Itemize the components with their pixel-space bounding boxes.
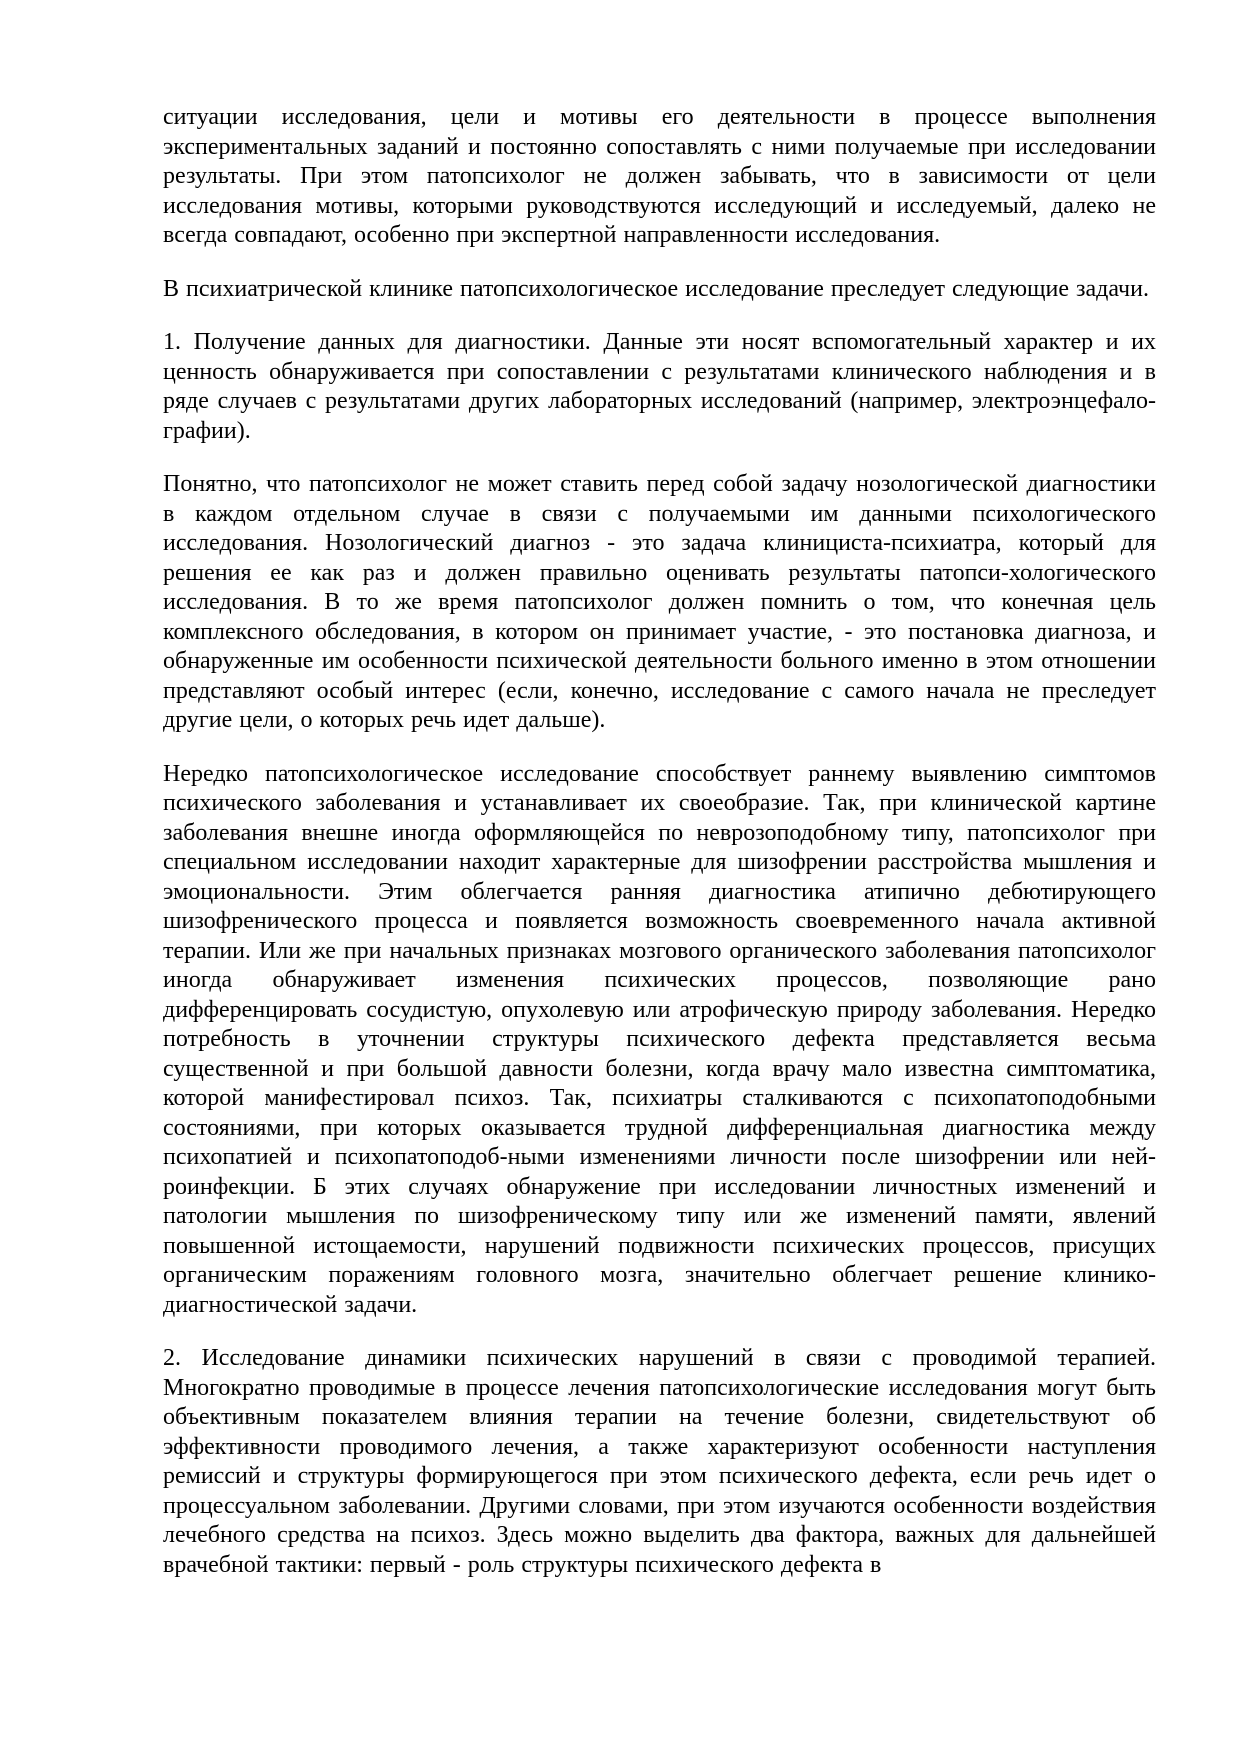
paragraph-continuation: ситуации исследования, цели и мотивы его… xyxy=(163,103,1156,251)
text-block: ситуации исследования, цели и мотивы его… xyxy=(163,103,1156,1580)
paragraph-task-2: 2. Исследование динамики психических нар… xyxy=(163,1344,1156,1580)
paragraph-early-detection: Нередко патопсихологическое исследование… xyxy=(163,760,1156,1321)
paragraph-task-1: 1. Получение данных для диагностики. Дан… xyxy=(163,328,1156,446)
paragraph-intro-tasks: В психиатрической клинике патопсихологич… xyxy=(163,275,1156,305)
paragraph-nosology: Понятно, что патопсихолог не может стави… xyxy=(163,470,1156,736)
document-page: ситуации исследования, цели и мотивы его… xyxy=(0,0,1240,1754)
